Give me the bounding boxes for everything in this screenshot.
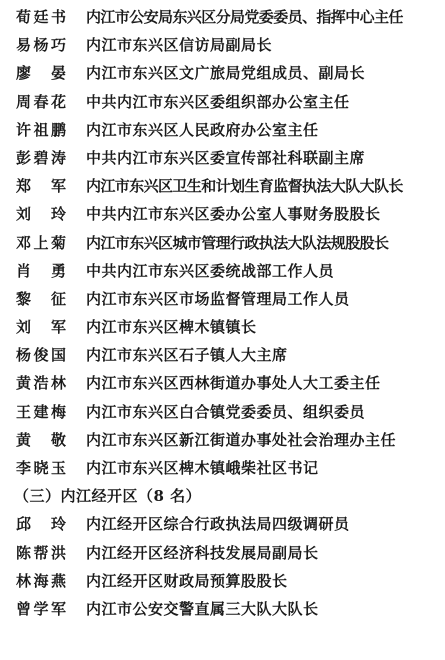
person-name: 刘玲 (16, 200, 66, 228)
list-item: 林海燕 内江经开区财政局预算股股长 (0, 567, 445, 595)
name-character: 肖 (16, 257, 31, 285)
person-position: 内江市东兴区椑木镇镇长 (86, 313, 257, 341)
name-character: 玉 (51, 454, 66, 482)
person-position: 内江经开区经济科技发展局副局长 (86, 539, 319, 567)
name-character: 许 (16, 116, 31, 144)
person-name: 荀廷书 (16, 3, 66, 31)
list-item: 李晓玉 内江市东兴区椑木镇峨柴社区书记 (0, 454, 445, 482)
person-position: 内江市东兴区信访局副局长 (86, 31, 272, 59)
name-character: 邓 (16, 229, 31, 257)
name-character: 黄 (16, 369, 31, 397)
name-character: 刘 (16, 200, 31, 228)
person-name: 许祖鹏 (16, 116, 66, 144)
name-character: 建 (33, 398, 48, 426)
name-character: 玲 (51, 510, 66, 538)
name-character: 晏 (51, 59, 66, 87)
name-character: 祖 (33, 116, 48, 144)
name-character: 洪 (51, 539, 66, 567)
name-character: 林 (51, 369, 66, 397)
name-character: 勇 (51, 257, 66, 285)
name-character: 涛 (51, 144, 66, 172)
person-name: 彭碧涛 (16, 144, 66, 172)
name-character: 晓 (33, 454, 48, 482)
name-character: 王 (16, 398, 31, 426)
name-character: 帮 (33, 539, 48, 567)
person-name: 曾学军 (16, 595, 66, 623)
person-position: 内江经开区财政局预算股股长 (86, 567, 288, 595)
name-character: 敬 (51, 426, 66, 454)
name-character: 彭 (16, 144, 31, 172)
list-item: 彭碧涛 中共内江市东兴区委宣传部社科联副主席 (0, 144, 445, 172)
person-position: 内江市东兴区西林街道办事处人大工委主任 (86, 369, 381, 397)
person-position: 内江市东兴区卫生和计划生育监督执法大队大队长 (86, 172, 403, 200)
name-character: 学 (33, 595, 48, 623)
person-name: 黎征 (16, 285, 66, 313)
name-character: 周 (16, 88, 31, 116)
name-character: 玲 (51, 200, 66, 228)
name-character: 廖 (16, 59, 31, 87)
list-item: 杨俊国 内江市东兴区石子镇人大主席 (0, 341, 445, 369)
person-name: 黄敬 (16, 426, 66, 454)
person-position: 内江市东兴区市场监督管理局工作人员 (86, 285, 350, 313)
list-item: 周春花 中共内江市东兴区委组织部办公室主任 (0, 88, 445, 116)
list-item: 刘军 内江市东兴区椑木镇镇长 (0, 313, 445, 341)
name-character: 梅 (51, 398, 66, 426)
person-position: 内江市东兴区椑木镇峨柴社区书记 (86, 454, 319, 482)
list-item: 黄敬 内江市东兴区新江街道办事处社会治理办主任 (0, 426, 445, 454)
name-character: 林 (16, 567, 31, 595)
name-character: 邱 (16, 510, 31, 538)
person-position: 内江市公安局东兴区分局党委委员、指挥中心主任 (86, 3, 403, 31)
person-name: 王建梅 (16, 398, 66, 426)
person-name: 廖晏 (16, 59, 66, 87)
person-position: 中共内江市东兴区委宣传部社科联副主席 (86, 144, 365, 172)
person-position: 中共内江市东兴区委办公室人事财务股股长 (86, 200, 381, 228)
person-name: 李晓玉 (16, 454, 66, 482)
list-item: 陈帮洪 内江经开区经济科技发展局副局长 (0, 539, 445, 567)
person-name: 陈帮洪 (16, 539, 66, 567)
person-name: 刘军 (16, 313, 66, 341)
name-character: 荀 (16, 3, 31, 31)
name-character: 军 (51, 313, 66, 341)
person-name: 易杨巧 (16, 31, 66, 59)
person-position: 内江经开区综合行政执法局四级调研员 (86, 510, 350, 538)
list-item: 易杨巧 内江市东兴区信访局副局长 (0, 31, 445, 59)
list-item: 刘玲 中共内江市东兴区委办公室人事财务股股长 (0, 200, 445, 228)
section-heading: （三）内江经开区（8 名） (14, 482, 201, 510)
list-item: 郑军 内江市东兴区卫生和计划生育监督执法大队大队长 (0, 172, 445, 200)
list-item: 邓上菊 内江市东兴区城市管理行政执法大队法规股股长 (0, 229, 445, 257)
name-character: 花 (51, 88, 66, 116)
person-position: 中共内江市东兴区委组织部办公室主任 (86, 88, 350, 116)
person-name: 邓上菊 (16, 229, 66, 257)
name-character: 廷 (33, 3, 48, 31)
person-name: 周春花 (16, 88, 66, 116)
name-character: 陈 (16, 539, 31, 567)
name-character: 书 (51, 3, 66, 31)
list-item: 黄浩林 内江市东兴区西林街道办事处人大工委主任 (0, 369, 445, 397)
person-position: 内江市东兴区城市管理行政执法大队法规股股长 (86, 229, 388, 257)
person-position: 内江市东兴区白合镇党委委员、组织委员 (86, 398, 365, 426)
name-character: 黄 (16, 426, 31, 454)
person-name: 杨俊国 (16, 341, 66, 369)
name-character: 鹏 (51, 116, 66, 144)
name-character: 国 (51, 341, 66, 369)
name-character: 黎 (16, 285, 31, 313)
name-character: 曾 (16, 595, 31, 623)
person-name: 林海燕 (16, 567, 66, 595)
name-character: 碧 (33, 144, 48, 172)
name-character: 易 (16, 31, 31, 59)
name-character: 杨 (16, 341, 31, 369)
person-position: 内江市东兴区文广旅局党组成员、副局长 (86, 59, 365, 87)
list-item: 邱玲 内江经开区综合行政执法局四级调研员 (0, 510, 445, 538)
name-character: 李 (16, 454, 31, 482)
name-character: 军 (51, 172, 66, 200)
name-character: 燕 (51, 567, 66, 595)
person-position: 内江市东兴区人民政府办公室主任 (86, 116, 319, 144)
person-name: 邱玲 (16, 510, 66, 538)
name-character: 菊 (51, 229, 66, 257)
list-item: 廖晏 内江市东兴区文广旅局党组成员、副局长 (0, 59, 445, 87)
list-item: 曾学军 内江市公安交警直属三大队大队长 (0, 595, 445, 623)
list-item: 许祖鹏 内江市东兴区人民政府办公室主任 (0, 116, 445, 144)
list-item: 肖勇 中共内江市东兴区委统战部工作人员 (0, 257, 445, 285)
list-item: 荀廷书 内江市公安局东兴区分局党委委员、指挥中心主任 (0, 3, 445, 31)
document-page: 荀廷书 内江市公安局东兴区分局党委委员、指挥中心主任 易杨巧 内江市东兴区信访局… (0, 3, 445, 623)
section-heading-row: （三）内江经开区（8 名） (0, 482, 445, 510)
name-character: 浩 (33, 369, 48, 397)
name-character: 军 (51, 595, 66, 623)
person-position: 内江市东兴区新江街道办事处社会治理办主任 (86, 426, 396, 454)
name-character: 上 (33, 229, 48, 257)
name-character: 海 (33, 567, 48, 595)
name-character: 春 (33, 88, 48, 116)
name-character: 郑 (16, 172, 31, 200)
list-item: 黎征 内江市东兴区市场监督管理局工作人员 (0, 285, 445, 313)
person-name: 肖勇 (16, 257, 66, 285)
name-character: 刘 (16, 313, 31, 341)
person-position: 内江市东兴区石子镇人大主席 (86, 341, 288, 369)
name-character: 杨 (33, 31, 48, 59)
name-character: 俊 (33, 341, 48, 369)
person-position: 内江市公安交警直属三大队大队长 (86, 595, 319, 623)
person-name: 黄浩林 (16, 369, 66, 397)
person-position: 中共内江市东兴区委统战部工作人员 (86, 257, 334, 285)
name-character: 巧 (51, 31, 66, 59)
list-item: 王建梅 内江市东兴区白合镇党委委员、组织委员 (0, 398, 445, 426)
name-character: 征 (51, 285, 66, 313)
person-name: 郑军 (16, 172, 66, 200)
